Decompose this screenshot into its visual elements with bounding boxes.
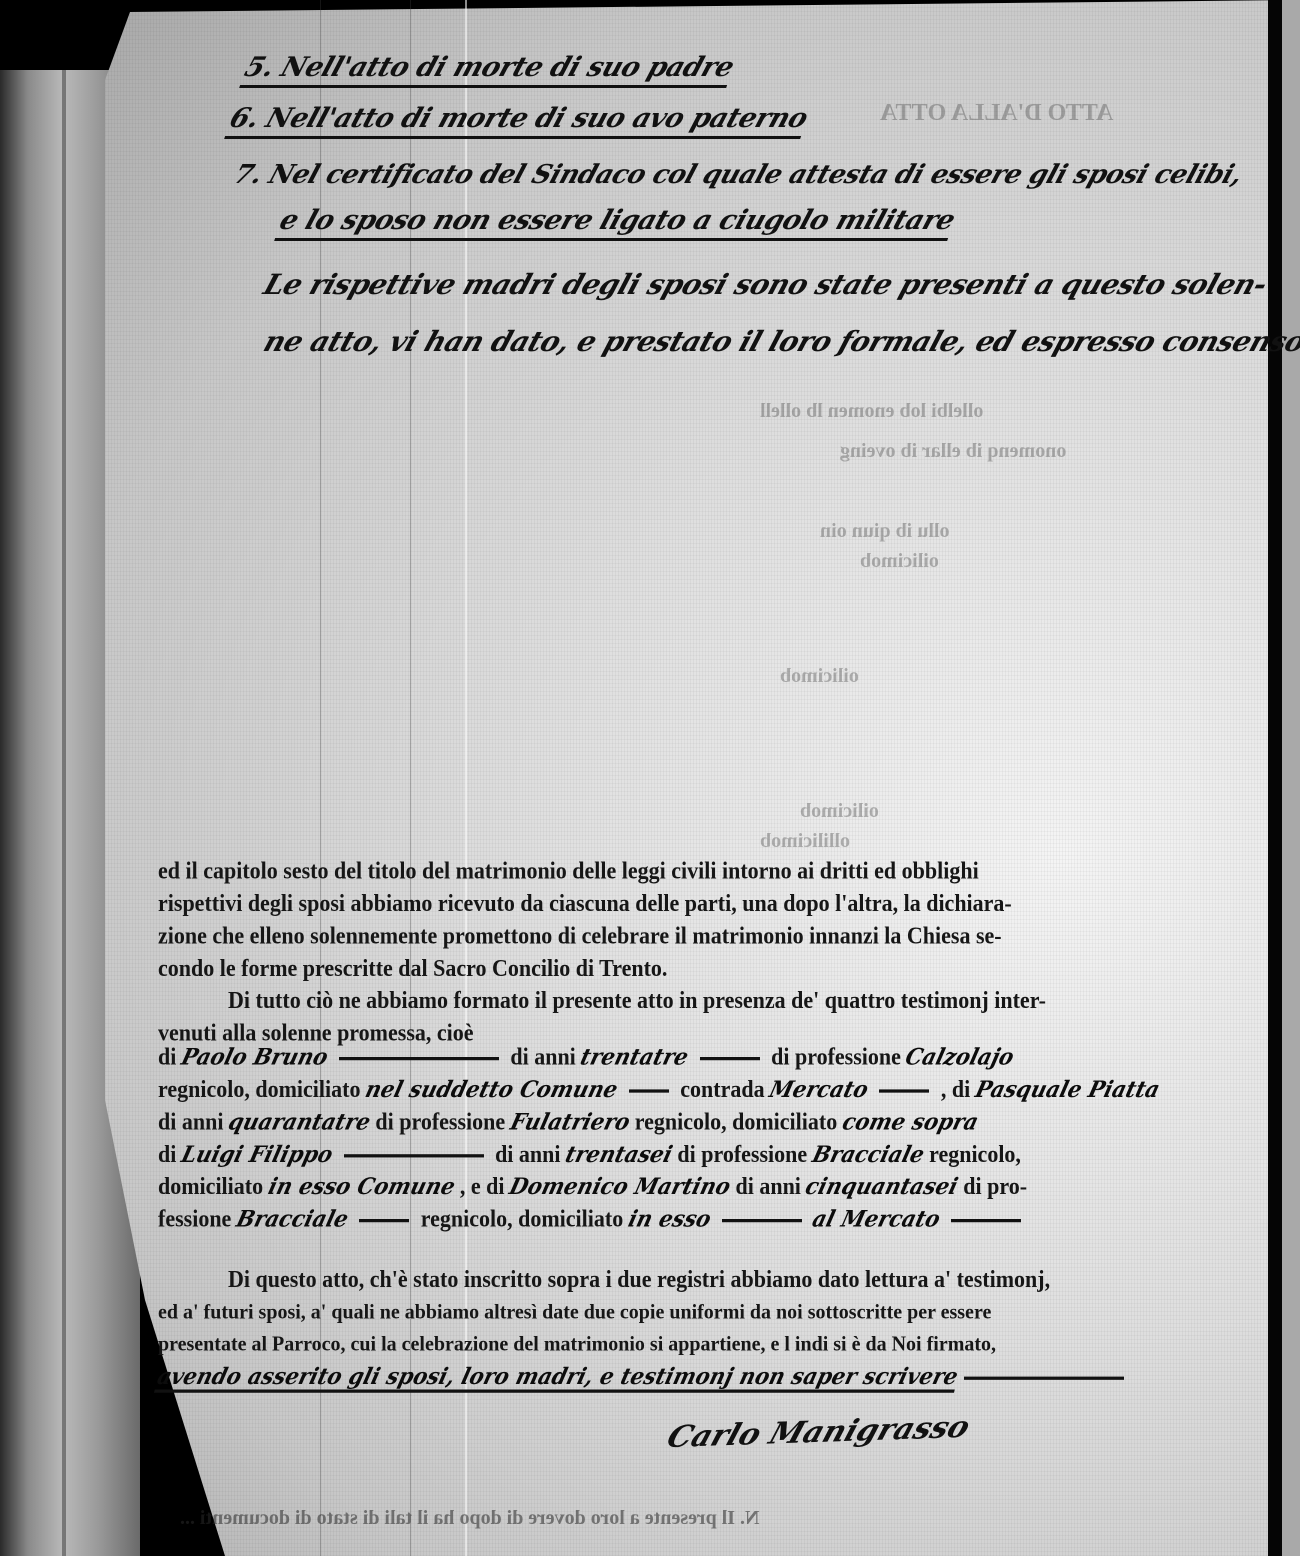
text-line: Di tutto ciò ne abbiamo formato il prese… bbox=[158, 984, 1258, 1016]
witness-2-name: Pasquale Piatta bbox=[972, 1073, 1163, 1105]
handwritten-note-5: 5. Nell'atto di morte di suo padre bbox=[239, 52, 738, 88]
bleed-through-text: oilicimob bbox=[860, 550, 939, 573]
bleed-through-text: ollelbi lob enomen lb ollell bbox=[760, 400, 983, 423]
witness-1-profession: Calzolajo bbox=[902, 1041, 1017, 1073]
bleed-through-header: ATTO D'ALLA OTTA bbox=[880, 100, 1113, 127]
witness-2-profession: Fulatriero bbox=[507, 1106, 634, 1138]
handwritten-note-mothers: Le rispettive madri degli sposi sono sta… bbox=[260, 268, 1272, 301]
bleed-through-text: onomenq ib ellar ib oveing bbox=[840, 440, 1066, 463]
witness-1-age: trentatre bbox=[577, 1041, 692, 1073]
witness-4-street: al Mercato bbox=[809, 1203, 944, 1235]
handwritten-note-consent: ne atto, vi han dato, e prestato il loro… bbox=[260, 325, 1300, 358]
text-line: zione che elleno solennemente promettono… bbox=[158, 920, 1258, 952]
text-line: ed a' futuri sposi, a' quali ne abbiamo … bbox=[158, 1296, 1258, 1328]
witness-2-age: quarantatre bbox=[225, 1106, 374, 1138]
handwritten-note-6: 6. Nell'atto di morte di suo avo paterno bbox=[224, 103, 811, 139]
witness-1-line: di Paolo Bruno di anni trentatre di prof… bbox=[158, 1041, 1258, 1073]
witness-3-age: trentasei bbox=[562, 1138, 676, 1170]
text-line: Di questo atto, ch'è stato inscritto sop… bbox=[158, 1263, 1258, 1295]
witness-3-line: di Luigi Filippo di anni trentasei di pr… bbox=[158, 1138, 1258, 1170]
witness-3-domicile-line: domiciliato in esso Comune , e di Domeni… bbox=[158, 1170, 1258, 1202]
text-line: rispettivi degli sposi abbiamo ricevuto … bbox=[158, 887, 1258, 919]
book-binding-gutter bbox=[1268, 0, 1282, 1556]
witness-4-name: Domenico Martino bbox=[506, 1170, 734, 1202]
witness-4-age: cinquantasei bbox=[802, 1170, 961, 1202]
bleed-through-text: ollu ib qiun oin bbox=[820, 520, 950, 543]
witness-4-line: fessione Bracciale regnicolo, domiciliat… bbox=[158, 1203, 1258, 1235]
witness-1-domicile-line: regnicolo, domiciliato nel suddetto Comu… bbox=[158, 1073, 1258, 1105]
witness-3-name: Luigi Filippo bbox=[178, 1138, 336, 1170]
witness-1-street: Mercato bbox=[766, 1073, 872, 1105]
witness-3-profession: Bracciale bbox=[809, 1138, 928, 1170]
handwritten-note-7-cont: e lo sposo non essere ligato a ciugolo m… bbox=[274, 205, 959, 241]
printed-paragraph-declaration: ed il capitolo sesto del titolo del matr… bbox=[158, 855, 1258, 1049]
text-line: ed il capitolo sesto del titolo del matr… bbox=[158, 855, 1258, 887]
bleed-through-text: oilicimob bbox=[800, 800, 879, 823]
printed-paragraph-reading: Di questo atto, ch'è stato inscritto sop… bbox=[158, 1263, 1258, 1393]
witness-2-domicile: come sopra bbox=[839, 1106, 982, 1138]
text-line: presentate al Parroco, cui la celebrazio… bbox=[158, 1328, 1258, 1360]
witness-list: di Paolo Bruno di anni trentatre di prof… bbox=[158, 1041, 1258, 1235]
bleed-through-footer: N. Il presente a loro dovere di dopo ha … bbox=[180, 1507, 759, 1530]
next-page-edge bbox=[1282, 0, 1300, 1556]
closing-handwritten: avendo asserito gli sposi, loro madri, e… bbox=[158, 1360, 1258, 1392]
witness-1-domicile: nel suddetto Comune bbox=[362, 1073, 621, 1105]
bleed-through-text: ollilicimob bbox=[760, 830, 850, 853]
handwritten-note-7: 7. Nel certificato del Sindaco col quale… bbox=[230, 160, 1246, 190]
bleed-through-text: oilicimob bbox=[780, 665, 859, 688]
witness-3-domicile: in esso Comune bbox=[265, 1170, 459, 1202]
text-line: condo le forme prescritte dal Sacro Conc… bbox=[158, 952, 1258, 984]
witness-4-domicile: in esso bbox=[625, 1203, 715, 1235]
witness-1-name: Paolo Bruno bbox=[178, 1041, 332, 1073]
witness-4-profession: Bracciale bbox=[233, 1203, 352, 1235]
witness-2-line: di anni quarantatre di professione Fulat… bbox=[158, 1106, 1258, 1138]
